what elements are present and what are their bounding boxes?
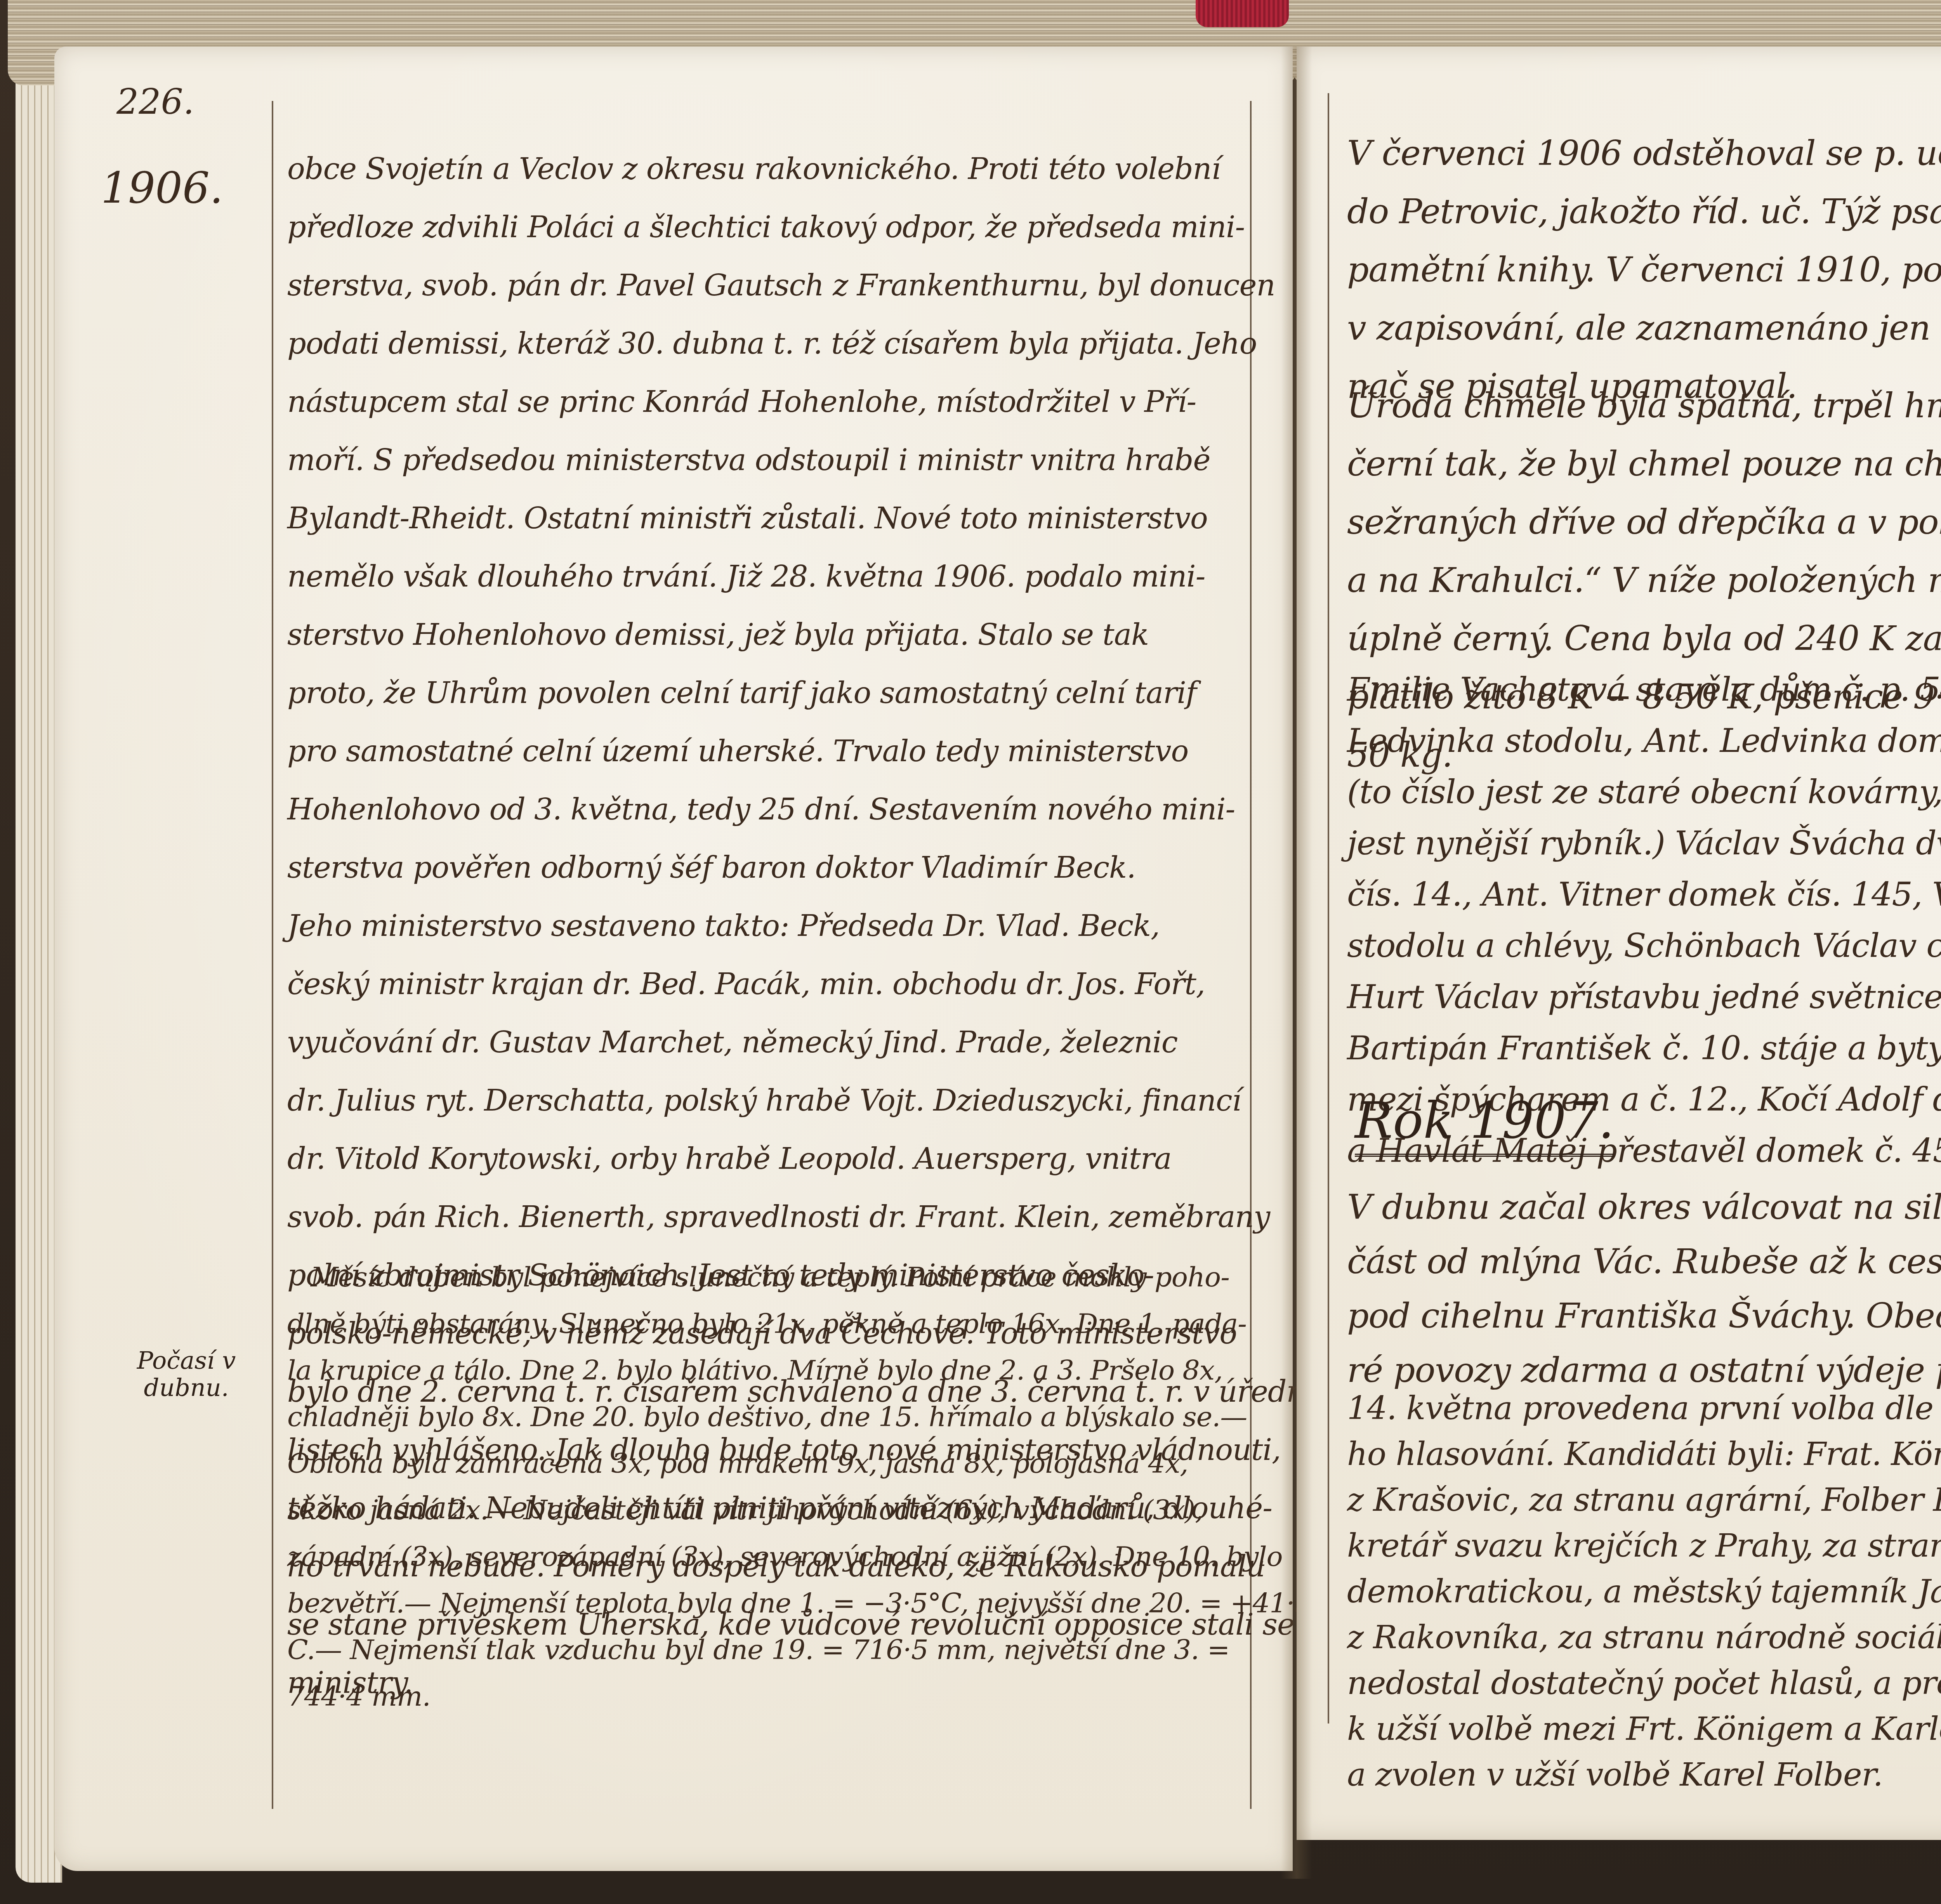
text-line: podati demissi, kteráž 30. dubna t. r. t… xyxy=(287,314,1349,373)
text-line: nástupcem stal se princ Konrád Hohenlohe… xyxy=(287,373,1349,431)
text-line: pamětní knihy. V červenci 1910, pokračov… xyxy=(1347,241,1941,299)
text-line: 14. května provedena první volba dle vše… xyxy=(1347,1386,1941,1432)
text-line: bezvětří.— Nejmenší teplota byla dne 1. … xyxy=(287,1580,1325,1626)
text-line: k užší volbě mezi Frt. Königem a Karlem … xyxy=(1347,1706,1941,1752)
text-line: demokratickou, a městský tajemník Jandač… xyxy=(1347,1569,1941,1615)
text-line: V červenci 1906 odstěhoval se p. uč. Fr.… xyxy=(1347,124,1941,182)
text-line: nemělo však dlouhého trvání. Již 28. kvě… xyxy=(287,547,1349,606)
text-line: pod cihelnu Františka Šváchy. Obec dala … xyxy=(1347,1289,1941,1343)
bookmark-ribbon xyxy=(1196,0,1289,27)
text-line: sterstvo Hohenlohovo demissi, jež byla p… xyxy=(287,606,1349,664)
text-line: Úroda chmele byla špatná, trpěl hmyzem a xyxy=(1347,377,1941,435)
text-line: z Rakovníka, za stranu národně sociální;… xyxy=(1347,1615,1941,1661)
text-line: stodolu a chlévy, Schönbach Václav cihel… xyxy=(1347,920,1941,971)
text-line: západní (3x), severozápadní (3x), severo… xyxy=(287,1533,1325,1580)
text-line: Obloha byla zamračená 3x, pod mrakem 9x,… xyxy=(287,1440,1325,1487)
text-line: dr. Julius ryt. Derschatta, polský hrabě… xyxy=(287,1071,1349,1130)
text-line: Měsíc duben byl ponejvíce slunečný a tep… xyxy=(287,1254,1325,1300)
right-gutter-rule xyxy=(1328,93,1329,1723)
text-line: pro samostatné celní území uherské. Trva… xyxy=(287,722,1349,780)
right-paragraph-1: V červenci 1906 odstěhoval se p. uč. Fr.… xyxy=(1347,124,1941,415)
text-line: (to číslo jest ze staré obecní kovárny, … xyxy=(1347,766,1941,817)
text-line: černí tak, že byl chmel pouze na chmelni… xyxy=(1347,435,1941,493)
text-line: svob. pán Rich. Bienerth, spravedlnosti … xyxy=(287,1188,1349,1246)
text-line: sterstva, svob. pán dr. Pavel Gautsch z … xyxy=(287,256,1349,314)
text-line: Bylandt-Rheidt. Ostatní ministři zůstali… xyxy=(287,489,1349,547)
text-line: Ledvinka stodolu, Ant. Ledvinka domek čí… xyxy=(1347,715,1941,766)
text-line: nedostal dostatečný počet hlasů, a proto… xyxy=(1347,1661,1941,1706)
text-line: skoro jasná 2x.— Nejčastěji vál vítr jih… xyxy=(287,1487,1325,1533)
text-line: a na Krahulci.“ V níže položených místec… xyxy=(1347,551,1941,609)
left-page: 226. 1906. Počasí v dubnu. obce Svojetín… xyxy=(54,47,1293,1871)
text-line: Emilie Vachatová stavěla dům č. p. 54., … xyxy=(1347,664,1941,715)
right-paragraph-elections: 14. května provedena první volba dle vše… xyxy=(1347,1386,1941,1798)
text-line: v zapisování, ale zaznamenáno jen to nej… xyxy=(1347,299,1941,357)
text-line: kretář svazu krejčích z Prahy, za stranu… xyxy=(1347,1523,1941,1569)
text-line: dr. Vitold Korytowski, orby hrabě Leopol… xyxy=(287,1130,1349,1188)
page-number: 226. xyxy=(116,82,194,122)
text-line: Hurt Václav přístavbu jedné světnice v č… xyxy=(1347,971,1941,1022)
margin-note-weather: Počasí v dubnu. xyxy=(113,1347,260,1401)
text-line: český ministr krajan dr. Bed. Pacák, min… xyxy=(287,955,1349,1013)
right-paragraph-road: V dubnu začal okres válcovat na silnici … xyxy=(1347,1180,1941,1397)
text-line: Jeho ministerstvo sestaveno takto: Předs… xyxy=(287,897,1349,955)
text-line: předloze zdvihli Poláci a šlechtici tako… xyxy=(287,198,1349,256)
text-line: do Petrovic, jakožto říd. uč. Týž psal d… xyxy=(1347,182,1941,241)
text-line: proto, že Uhrům povolen celní tarif jako… xyxy=(287,664,1349,722)
left-paragraph-weather: Měsíc duben byl ponejvíce slunečný a tep… xyxy=(287,1254,1325,1720)
text-line: čís. 14., Ant. Vitner domek čís. 145, Vi… xyxy=(1347,869,1941,920)
book-gutter xyxy=(1281,47,1312,1879)
text-line: obce Svojetín a Veclov z okresu rakovnic… xyxy=(287,140,1349,198)
text-line: dlně býti obstarány. Slunečno bylo 21x, … xyxy=(287,1300,1325,1347)
text-line: C.— Nejmenší tlak vzduchu byl dne 19. = … xyxy=(287,1626,1325,1673)
text-line: moří. S předsedou ministerstva odstoupil… xyxy=(287,431,1349,489)
book-spread: 226. 1906. Počasí v dubnu. obce Svojetín… xyxy=(0,0,1941,1904)
text-line: sežraných dříve od dřepčíka a v poloze „… xyxy=(1347,493,1941,551)
left-margin-rule xyxy=(272,101,273,1809)
text-line: Bartipán František č. 10. stáje a byty p… xyxy=(1347,1022,1941,1074)
year-margin-note: 1906. xyxy=(101,163,223,213)
text-line: sterstva pověřen odborný šéf baron dokto… xyxy=(287,838,1349,897)
text-line: 744·4 mm. xyxy=(287,1673,1325,1720)
text-line: jest nynější rybník.) Václav Švácha dvě … xyxy=(1347,817,1941,869)
text-line: ho hlasování. Kandidáti byli: Frat. Köni… xyxy=(1347,1432,1941,1477)
section-heading-1907: Rok 1907. xyxy=(1355,1091,1614,1157)
text-line: a zvolen v užší volbě Karel Folber. xyxy=(1347,1752,1941,1798)
text-line: chladněji bylo 8x. Dne 20. bylo deštivo,… xyxy=(287,1394,1325,1440)
text-line: la krupice a tálo. Dne 2. bylo blátivo. … xyxy=(287,1347,1325,1394)
text-line: z Krašovic, za stranu agrární, Folber Ka… xyxy=(1347,1477,1941,1523)
right-page: 227. 1906. Chmel. Stavby a přestavby. Vá… xyxy=(1297,47,1941,1840)
text-line: Hohenlohovo od 3. května, tedy 25 dní. S… xyxy=(287,780,1349,838)
text-line: část od mlýna Vác. Rubeše až k cestě na … xyxy=(1347,1234,1941,1289)
text-line: V dubnu začal okres válcovat na silnici … xyxy=(1347,1180,1941,1234)
text-line: vyučování dr. Gustav Marchet, německý Ji… xyxy=(287,1013,1349,1071)
text-line: úplně černý. Cena byla od 240 K za 50 kg… xyxy=(1347,609,1941,668)
